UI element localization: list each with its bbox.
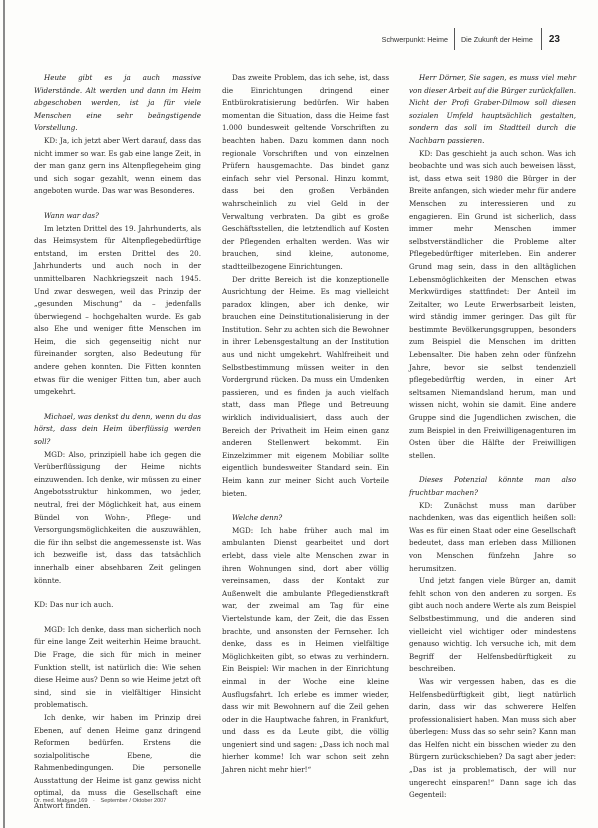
text-column-2: Das zweite Problem, das ich sehe, ist, d… [222,72,389,777]
page-binding-edge [3,0,5,828]
text-column-1: Heute gibt es ja auch massive Widerständ… [34,72,201,813]
interview-answer: MGD: Ich denke, dass man sicherlich noch… [34,624,201,712]
interview-question: Michael, was denkst du denn, wenn du das… [34,411,201,449]
interview-answer: MGD: Also, prinzipiell habe ich gegen di… [34,449,201,588]
interview-answer: MGD: Ich habe früher auch mal im ambulan… [222,525,389,777]
header-section: Schwerpunkt: Heime [382,35,448,44]
footer-publication: Dr. med. Mabuse 169 [34,798,87,804]
interview-question: Herr Dörner, Sie sagen, es muss viel meh… [409,72,576,148]
interview-answer: Und jetzt fangen viele Bürger an, damit … [409,575,576,676]
header-divider [454,28,455,50]
interview-question: Dieses Potenzial könnte man also fruchtb… [409,474,576,499]
interview-answer: KD: Das nur ich auch. [34,599,201,612]
page-number: 23 [549,34,560,45]
interview-answer: KD: Das geschieht ja auch schon. Was ich… [409,148,576,463]
interview-answer: KD: Ja, ich jetzt aber Wert darauf, dass… [34,135,201,198]
interview-answer: Im letzten Drittel des 19. Jahrhunderts,… [34,223,201,399]
interview-question: Heute gibt es ja auch massive Widerständ… [34,72,201,135]
footer-issue: September / Oktober 2007 [100,798,166,804]
text-column-3: Herr Dörner, Sie sagen, es muss viel meh… [409,72,576,802]
interview-answer: Der dritte Bereich ist die konzeptionell… [222,274,389,501]
interview-answer: KD: Zunächst muss man darüber nachdenken… [409,500,576,576]
running-header: Schwerpunkt: Heime Die Zukunft der Heime… [382,28,560,50]
page-footer: Dr. med. Mabuse 169 · September / Oktobe… [34,798,166,804]
header-topic: Die Zukunft der Heime [461,35,533,44]
header-divider [541,28,542,50]
footer-divider: · [93,798,95,804]
interview-answer: Das zweite Problem, das ich sehe, ist, d… [222,72,389,274]
interview-question: Welche denn? [222,512,389,525]
interview-answer: Was wir vergessen haben, das es die Helf… [409,676,576,802]
interview-question: Wann war das? [34,210,201,223]
